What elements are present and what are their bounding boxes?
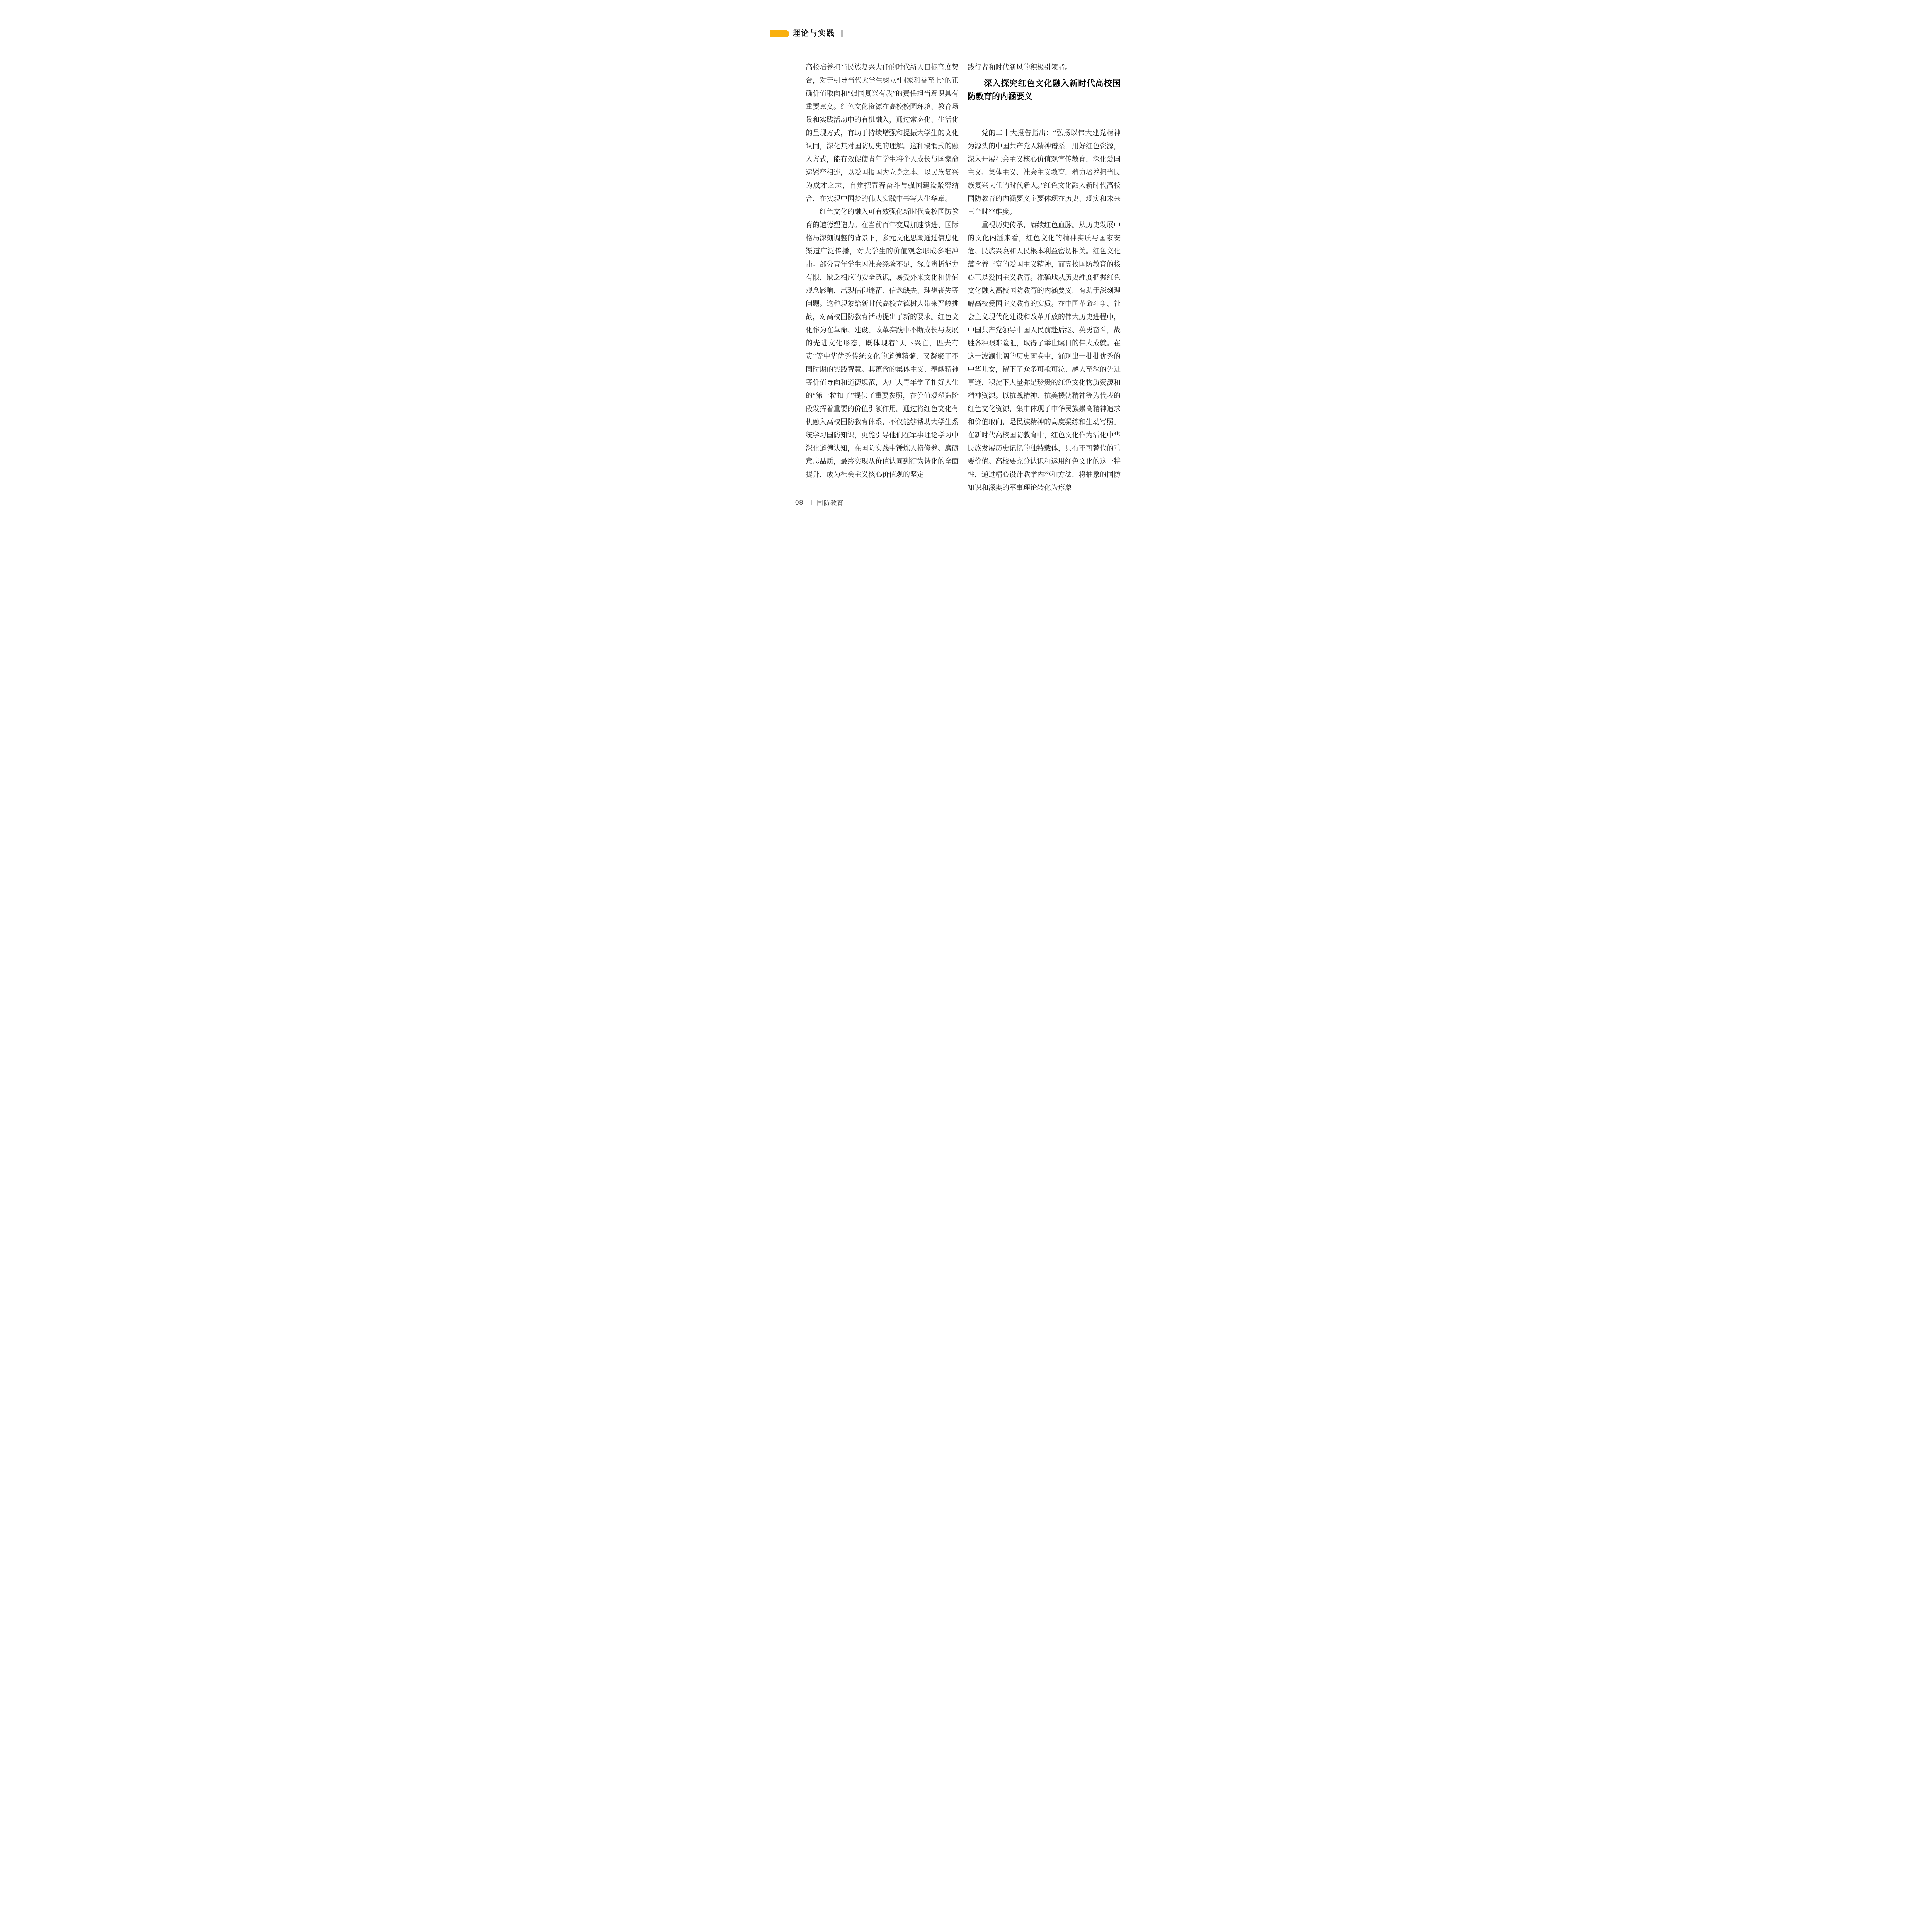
paragraph: 红色文化的融入可有效强化新时代高校国防教育的道德塑造力。在当前百年变局加速演进、… xyxy=(806,205,959,481)
paragraph: 重视历史传承，赓续红色血脉。从历史发展中的文化内涵来看，红色文化的精神实质与国家… xyxy=(968,218,1121,494)
section-title: 理论与实践 xyxy=(793,30,835,37)
header-accent-tab xyxy=(770,30,789,37)
header-rule xyxy=(846,34,1162,34)
page: 理论与实践 高校培养担当民族复兴大任的时代新人目标高度契合，对于引导当代大学生树… xyxy=(770,0,1162,520)
right-column: 践行者和时代新风的积极引领者。 深入探究红色文化融入新时代高校国防教育的内涵要义… xyxy=(968,61,1121,494)
paragraph: 践行者和时代新风的积极引领者。 xyxy=(968,61,1121,74)
footer-divider xyxy=(811,500,812,505)
paragraph: 高校培养担当民族复兴大任的时代新人目标高度契合，对于引导当代大学生树立“国家利益… xyxy=(806,61,959,205)
header-divider-bar xyxy=(841,30,843,37)
journal-section-label: 国防教育 xyxy=(817,498,844,507)
paragraph: 党的二十大报告指出：“弘扬以伟大建党精神为源头的中国共产党人精神谱系，用好红色资… xyxy=(968,126,1121,218)
left-column: 高校培养担当民族复兴大任的时代新人目标高度契合，对于引导当代大学生树立“国家利益… xyxy=(806,61,959,481)
page-number: 08 xyxy=(795,499,803,507)
article-subheading: 深入探究红色文化融入新时代高校国防教育的内涵要义 xyxy=(968,77,1121,103)
footer: 08 国防教育 xyxy=(795,498,844,507)
